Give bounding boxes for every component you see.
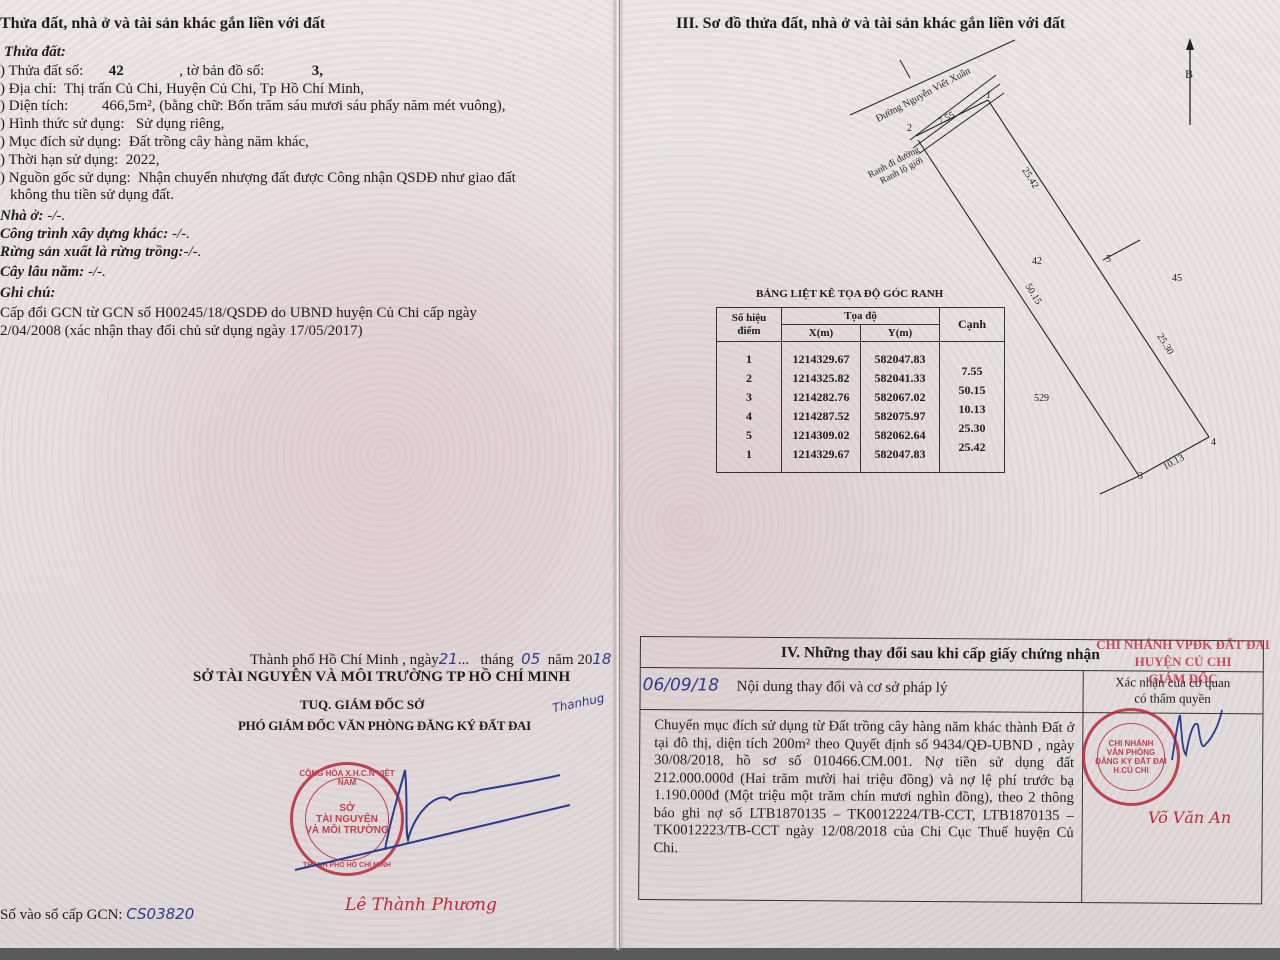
- col-edge-header: Cạnh: [940, 308, 1005, 342]
- point-2: 2: [907, 123, 912, 134]
- confirm-signer-name: Võ Văn An: [1148, 808, 1231, 827]
- label: Cây lâu năm:: [0, 264, 84, 280]
- handwritten-date: 06/09/18: [643, 675, 719, 696]
- usage-purpose-value: Đất trồng cây hàng năm khác,: [129, 134, 309, 150]
- area-value: 466,5m², (bằng chữ: Bốn trăm sáu mươi sá…: [102, 98, 506, 114]
- stamp-text: CHI NHÁNH VPĐK ĐẤT ĐAI: [1088, 636, 1278, 653]
- agency-name: SỞ TÀI NGUYÊN VÀ MÔI TRƯỜNG TP HỒ CHÍ MI…: [193, 669, 570, 686]
- notes-label: Ghi chú:: [0, 284, 55, 302]
- col-y-header: Y(m): [861, 325, 940, 342]
- point-1: 1: [986, 90, 991, 101]
- cell-y: 582067.02: [861, 388, 940, 407]
- label: Nhà ở:: [0, 208, 43, 224]
- forest-line: Rừng sản xuất là rừng trồng:-/-.: [0, 243, 201, 261]
- cell-x: 1214325.82: [782, 369, 861, 388]
- cell-x: 1214329.67: [782, 342, 861, 370]
- signer-role-2: PHÓ GIÁM ĐỐC VĂN PHÒNG ĐĂNG KÝ ĐẤT ĐAI: [238, 718, 531, 734]
- place-date: Thành phố Hồ Chí Minh , ngày21... tháng …: [250, 650, 611, 669]
- label: , tờ bản đồ số:: [179, 63, 264, 79]
- signer-name: Lê Thành Phương: [345, 895, 497, 915]
- cell-x: 1214329.67: [782, 445, 861, 473]
- usage-form-line: ) Hình thức sử dụng: Sử dụng riêng,: [0, 115, 224, 133]
- edge-value: 10.13: [940, 400, 1004, 419]
- stamp-text: CHI NHÁNH: [1109, 739, 1154, 748]
- cell-point: 1: [717, 445, 782, 473]
- cell-edges: 7.5550.1510.1325.3025.42: [940, 342, 1005, 473]
- label: ) Mục đích sử dụng:: [0, 134, 121, 150]
- cell-y: 582075.97: [861, 407, 940, 426]
- value: -/-.: [172, 226, 190, 242]
- address-value: Thị trấn Củ Chi, Huyện Củ Chi, Tp Hồ Chí…: [64, 81, 364, 97]
- registry-line: Số vào sổ cấp GCN: CS03820: [0, 905, 194, 924]
- point-3: 3: [1138, 471, 1143, 482]
- value: -/-.: [88, 264, 106, 280]
- cell-y: 582047.83: [861, 342, 940, 370]
- label: ) Diện tích:: [0, 98, 68, 114]
- registry-label: Số vào sổ cấp GCN:: [0, 907, 123, 923]
- cell-point: 2: [717, 369, 782, 388]
- month-label: tháng: [480, 652, 513, 668]
- parcel-heading: Thửa đất:: [4, 44, 66, 61]
- label: ) Thửa đất số:: [0, 63, 83, 79]
- stamp-text: ĐĂNG KÝ ĐẤT ĐAI: [1095, 757, 1167, 766]
- usage-form-value: Sử dụng riêng,: [136, 116, 225, 132]
- edge-1-2: 7.55: [936, 110, 957, 128]
- cell-x: 1214309.02: [782, 426, 861, 445]
- cell-y: 582041.33: [861, 369, 940, 388]
- point-4: 4: [1211, 437, 1216, 448]
- notes-line-1: Cấp đổi GCN từ GCN số H00245/18/QSDĐ do …: [0, 304, 477, 322]
- usage-term-line: ) Thời hạn sử dụng: 2022,: [0, 151, 160, 169]
- signature-stroke: [290, 760, 580, 880]
- changes-content: Chuyển mục đích sử dụng từ Đất trồng cây…: [653, 717, 1074, 860]
- value: -/-.: [183, 244, 201, 260]
- point-5: 5: [1106, 254, 1111, 265]
- dots: ...: [458, 652, 469, 668]
- parcel-number: 42: [109, 63, 124, 79]
- coordinate-table: Số hiệu điểm Tọa độ Cạnh X(m) Y(m) 11214…: [716, 307, 1005, 473]
- edge-4-5: 25.30: [1154, 332, 1175, 357]
- table-row: 11214329.67582047.837.5550.1510.1325.302…: [717, 342, 1005, 370]
- area-line: ) Diện tích: 466,5m², (bằng chữ: Bốn tră…: [0, 97, 505, 115]
- changes-title: IV. Những thay đổi sau khi cấp giấy chứn…: [781, 644, 1100, 664]
- neighbor-east-label: 45: [1172, 273, 1182, 284]
- notes-line-2: 2/04/2008 (xác nhận thay đổi chủ sử dụng…: [0, 322, 363, 340]
- stamp-text: H.CỦ CHI: [1113, 766, 1149, 775]
- stamp-text: VĂN PHÒNG: [1107, 748, 1155, 757]
- column-divider: [1081, 670, 1084, 902]
- cell-y: 582062.64: [861, 426, 940, 445]
- house-line: Nhà ở: -/-.: [0, 207, 65, 225]
- place-date-prefix: Thành phố Hồ Chí Minh , ngày: [250, 652, 439, 668]
- edge-value: 50.15: [940, 381, 1004, 400]
- label: ) Hình thức sử dụng:: [0, 116, 125, 132]
- edge-3-4: 10.13: [1161, 452, 1186, 472]
- confirm-signature: [1160, 700, 1240, 770]
- usage-purpose-line: ) Mục đích sử dụng: Đất trồng cây hàng n…: [0, 133, 309, 151]
- col-point-header: Số hiệu điểm: [717, 308, 782, 342]
- origin-value: Nhận chuyển nhượng đất được Công nhận QS…: [138, 170, 516, 186]
- initials: Thanhug: [551, 691, 605, 716]
- table-title: BẢNG LIỆT KÊ TỌA ĐỘ GÓC RANH: [756, 288, 943, 300]
- map-sheet-number: 3,: [312, 63, 323, 79]
- cell-point: 1: [717, 342, 782, 370]
- header-text: Số hiệu: [732, 312, 767, 324]
- edge-value: 25.42: [940, 438, 1004, 457]
- cell-x: 1214282.76: [782, 388, 861, 407]
- day-handwritten: 21: [439, 650, 458, 668]
- edge-5-1: 25.42: [1019, 166, 1040, 191]
- certificate-left-page: Thửa đất, nhà ở và tài sản khác gắn liền…: [0, 0, 619, 948]
- cell-x: 1214287.52: [782, 407, 861, 426]
- year-handwritten: 18: [592, 650, 611, 668]
- signer-role-1: TUQ. GIÁM ĐỐC SỞ: [300, 697, 424, 713]
- value: -/-.: [47, 208, 65, 224]
- cell-y: 582047.83: [861, 445, 940, 473]
- cell-point: 4: [717, 407, 782, 426]
- other-construction-line: Công trình xây dựng khác: -/-.: [0, 225, 190, 243]
- cell-point: 5: [717, 426, 782, 445]
- col-x-header: X(m): [782, 325, 861, 342]
- label: Rừng sản xuất là rừng trồng:: [0, 244, 183, 260]
- header-text: điểm: [737, 325, 760, 337]
- parcel-number-line: ) Thửa đất số: 42 , tờ bản đồ số: 3,: [0, 62, 323, 80]
- edge-value: 25.30: [940, 419, 1004, 438]
- year-label: năm 20: [548, 652, 593, 668]
- address-line: ) Địa chỉ: Thị trấn Củ Chi, Huyện Củ Chi…: [0, 80, 364, 98]
- branch-stamp-header: CHI NHÁNH VPĐK ĐẤT ĐAI HUYỆN CỦ CHI GIÁM…: [1088, 636, 1278, 687]
- cell-point: 3: [717, 388, 782, 407]
- stamp-text: HUYỆN CỦ CHI: [1088, 653, 1278, 670]
- neighbor-west-label: 529: [1034, 393, 1049, 404]
- origin-line: ) Nguồn gốc sử dụng: Nhận chuyển nhượng …: [0, 169, 516, 187]
- north-arrow-head: [1186, 38, 1194, 50]
- col-content-header: Nội dung thay đổi và cơ sở pháp lý: [737, 679, 948, 697]
- label: ) Thời hạn sử dụng:: [0, 152, 118, 168]
- usage-term-value: 2022,: [126, 152, 160, 168]
- section-title: Thửa đất, nhà ở và tài sản khác gắn liền…: [0, 15, 325, 33]
- stamp-text: GIÁM ĐỐC: [1088, 670, 1278, 687]
- edge-value: 7.55: [940, 362, 1004, 381]
- label: Công trình xây dựng khác:: [0, 226, 168, 242]
- label: ) Địa chỉ:: [0, 81, 57, 97]
- parcel-label: 42: [1032, 256, 1042, 267]
- registry-number-handwritten: CS03820: [126, 905, 194, 923]
- perennial-line: Cây lâu năm: -/-.: [0, 263, 106, 281]
- origin-line-2: không thu tiền sử dụng đất.: [10, 186, 174, 204]
- label: ) Nguồn gốc sử dụng:: [0, 170, 131, 186]
- col-coord-header: Tọa độ: [782, 308, 940, 325]
- north-label: B: [1185, 67, 1193, 81]
- month-handwritten: 05: [521, 650, 540, 668]
